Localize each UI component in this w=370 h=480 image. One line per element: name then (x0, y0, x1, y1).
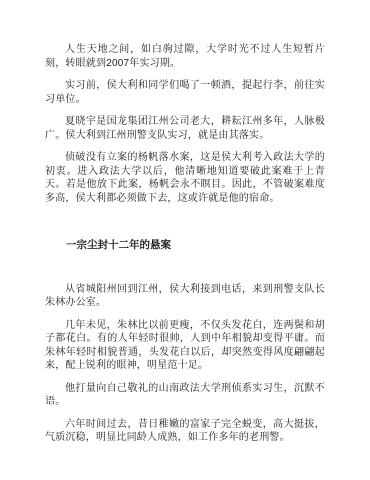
paragraph: 侦破没有立案的杨帆落水案，这是侯大利考入政法大学的初衷。进入政法大学以后，他清晰… (45, 151, 325, 205)
paragraph: 几年未见，朱林比以前更瘦，不仅头发花白，连两鬓和胡子都花白。有的人年轻时很帅，人… (45, 319, 325, 373)
paragraph: 夏晓宇是国龙集团江州公司老大，耕耘江州多年，人脉极广。侯大利到江州刑警支队实习，… (45, 115, 325, 142)
section-heading: 一宗尘封十二年的悬案 (45, 239, 325, 253)
reader-page: 人生天地之间，如白驹过隙，大学时光不过人生短暂片刻，转眼就到2007年实习期。 … (0, 0, 370, 480)
paragraph: 六年时间过去，昔日稚嫩的富家子完全蜕变，高大挺拔，气质沉稳，明显比同龄人成熟，如… (45, 418, 325, 445)
chapter-text-content: 人生天地之间，如白驹过隙，大学时光不过人生短暂片刻，转眼就到2007年实习期。 … (0, 0, 370, 445)
paragraph: 从省城阳州回到江州，侯大利接到电话，来到刑警支队长朱林办公室。 (45, 283, 325, 310)
paragraph: 实习前，侯大利和同学们喝了一顿酒，提起行李，前往实习单位。 (45, 79, 325, 106)
paragraph: 他打量向自己敬礼的山南政法大学刑侦系实习生，沉默不语。 (45, 382, 325, 409)
paragraph: 人生天地之间，如白驹过隙，大学时光不过人生短暂片刻，转眼就到2007年实习期。 (45, 43, 325, 70)
